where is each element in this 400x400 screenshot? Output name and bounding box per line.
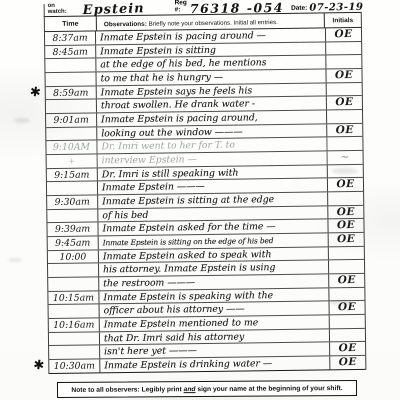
inmate-name-handwritten: Epstein — [82, 1, 144, 18]
time-cell — [46, 100, 97, 113]
time-column-header: Time — [45, 16, 97, 31]
toner-smudge — [332, 168, 358, 174]
time-cell — [49, 332, 100, 345]
observations-instructions: Briefly note your observations. Initial … — [149, 19, 278, 28]
time-cell — [45, 59, 96, 72]
time-cell: 9:45am — [48, 236, 99, 249]
initials-cell: ~ — [327, 151, 363, 164]
note-and-underlined: and — [184, 386, 196, 393]
reg-number-handwritten: 76318 -054 — [190, 0, 284, 16]
initials-cell: OE — [325, 69, 361, 82]
observation-cell: Inmate Epstein is drinking water — — [100, 357, 329, 373]
initials-cell — [328, 288, 364, 301]
initials-cell — [326, 110, 362, 123]
time-cell — [48, 264, 99, 277]
on-watch-label: on watch: — [45, 3, 67, 16]
initials-cell — [325, 42, 361, 55]
time-cell — [48, 277, 99, 290]
time-cell: 10:16am — [49, 318, 100, 331]
initials-cell — [325, 55, 361, 68]
initials-cell — [326, 137, 362, 150]
handwritten-star-icon: ✱ — [29, 84, 42, 100]
observation-log-form: on watch: Epstein Reg #: 76318 -054 Date… — [44, 0, 367, 374]
initials-cell: OE — [328, 274, 364, 287]
time-cell: 8:45am — [45, 45, 96, 58]
time-cell: 8:59am — [46, 86, 97, 99]
initials-cell: OE — [326, 96, 362, 109]
initials-cell: OE — [329, 342, 365, 355]
note-pre: Legibly print — [142, 386, 182, 393]
time-cell — [45, 72, 96, 85]
toner-smudge — [14, 118, 30, 123]
time-cell: 10:30am — [49, 360, 100, 373]
time-cell — [47, 182, 98, 195]
time-cell — [46, 127, 97, 140]
initials-cell: OE — [329, 356, 365, 369]
time-cell: 9:39am — [47, 223, 98, 236]
time-cell: 8:37am — [45, 31, 96, 44]
initials-cell — [326, 83, 362, 96]
faint-pencil-mark: + — [68, 157, 75, 166]
time-cell — [49, 305, 100, 318]
initials-column-header: Initials — [324, 13, 361, 27]
initials-cell — [329, 329, 365, 342]
initials-cell: OE — [328, 233, 364, 246]
time-cell: 9:15am — [47, 168, 98, 181]
time-cell: 10:15am — [48, 291, 99, 304]
time-cell: 9:01am — [46, 113, 97, 126]
log-rows: 8:37amInmate Epstein is pacing around —O… — [44, 28, 366, 374]
initials-cell: OE — [327, 178, 363, 191]
initials-cell — [329, 315, 365, 328]
time-cell — [47, 209, 98, 222]
initials-cell — [327, 192, 363, 205]
date-handwritten: 07-23-19 — [309, 2, 363, 14]
initials-cell: OE — [326, 124, 362, 137]
note-label: Note to all observers: — [71, 386, 139, 393]
date-label: Date: — [291, 5, 307, 13]
time-cell: 10:00 — [48, 250, 99, 263]
observer-note-box: Note to all observers: Legibly print and… — [57, 380, 357, 398]
note-post: sign your name at the beginning of your … — [197, 385, 342, 393]
initials-cell: OE — [325, 28, 361, 41]
observations-label: Observations: — [104, 20, 147, 28]
handwritten-star-icon: ✱ — [32, 358, 45, 374]
reg-number-label: Reg #: — [175, 0, 187, 14]
time-cell: 9:30am — [47, 195, 98, 208]
initials-cell — [328, 260, 364, 273]
time-cell: + — [47, 154, 98, 167]
toner-smudge — [330, 300, 352, 305]
initials-cell: OE — [327, 206, 363, 219]
toner-smudge — [8, 258, 22, 262]
initials-cell: OE — [327, 219, 363, 232]
initials-cell — [328, 247, 364, 260]
time-cell: 9:10AM — [46, 141, 97, 154]
time-cell — [49, 346, 100, 359]
